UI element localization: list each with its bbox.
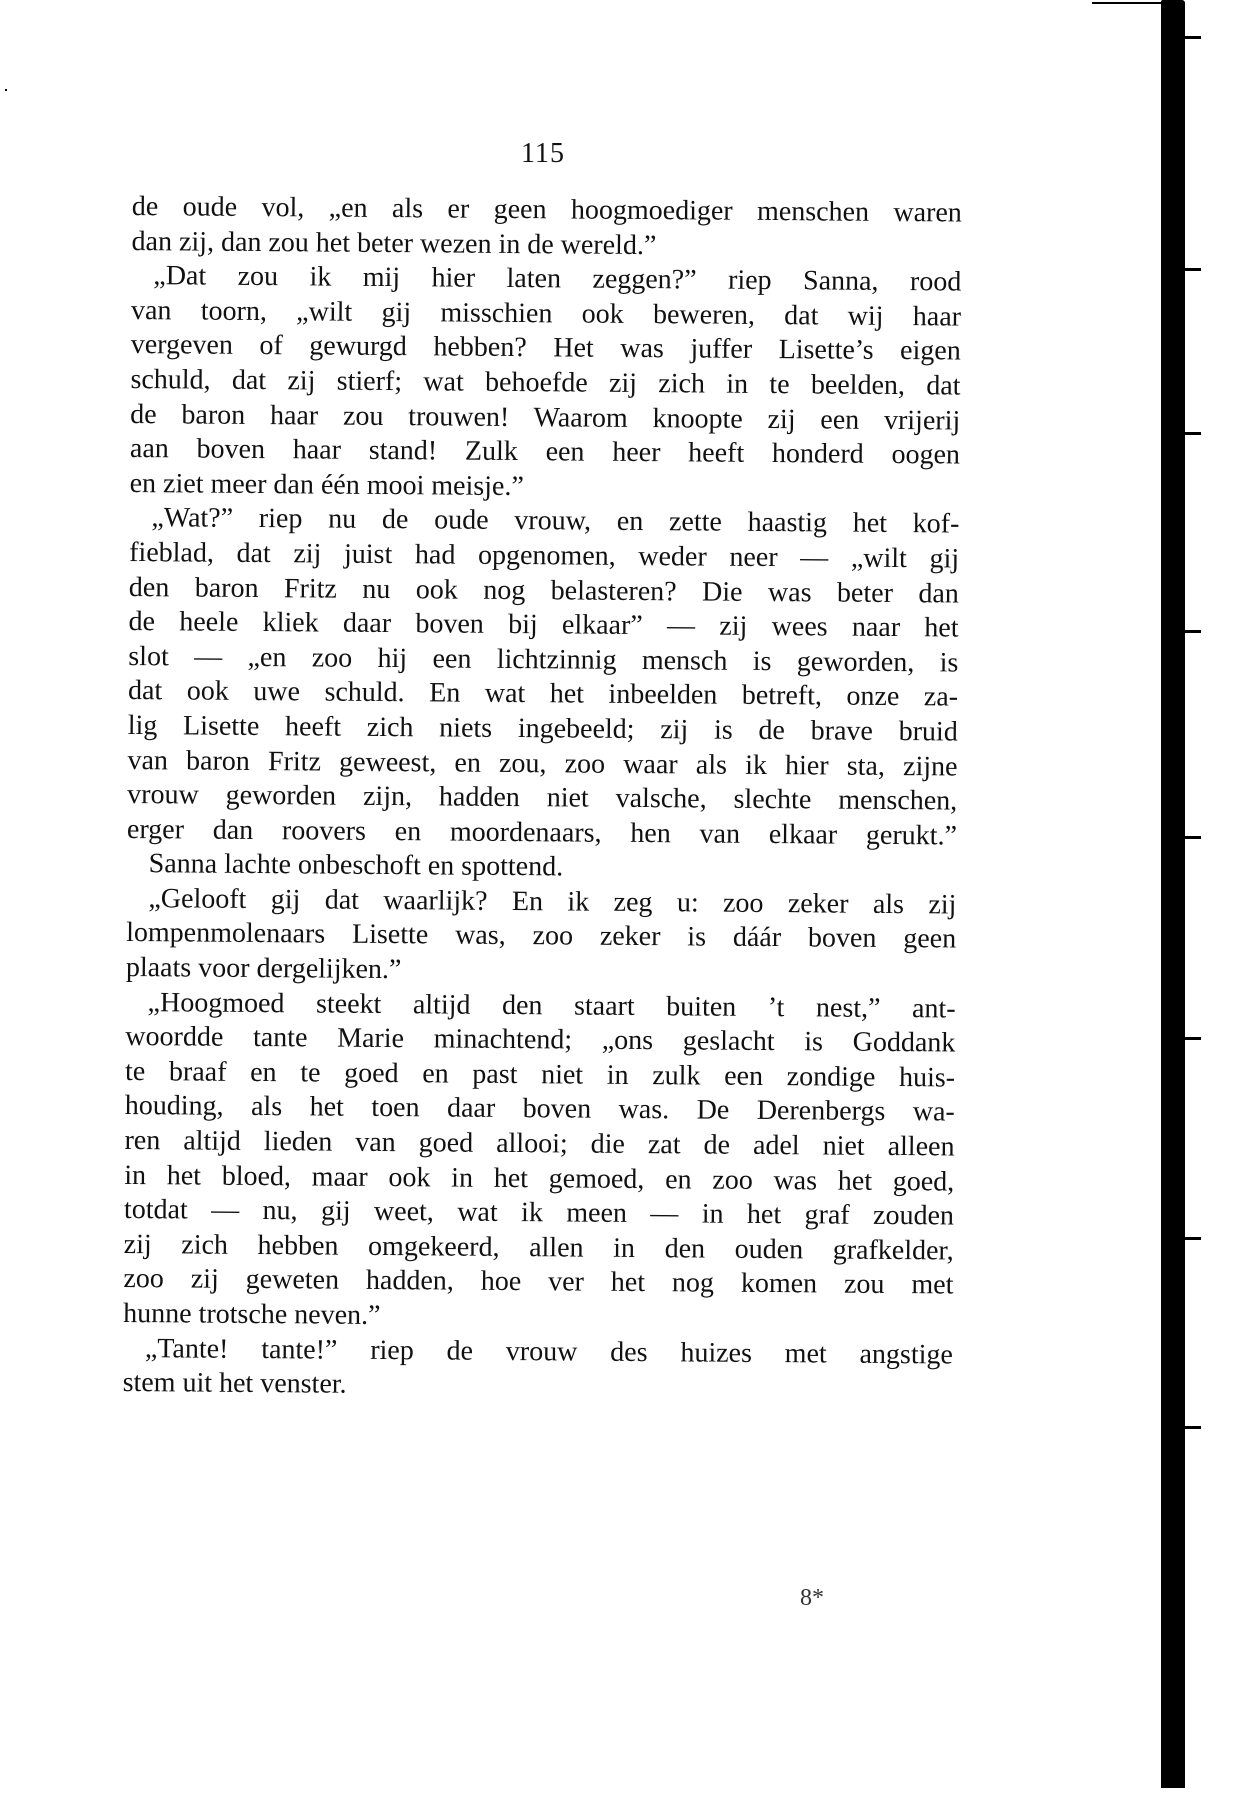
scan-tick-mark <box>1185 630 1201 633</box>
text-line: schuld, dat zij stierf; wat behoefde zij… <box>130 363 960 404</box>
text-line: stem uit het venster. <box>122 1366 952 1407</box>
scan-tick-mark <box>1185 268 1201 271</box>
signature-mark: 8* <box>800 1585 824 1612</box>
body-text: de oude vol, „en als er geen hoogmoedige… <box>122 190 961 1407</box>
scan-tick-mark <box>1185 1426 1201 1429</box>
page-number: 115 <box>521 140 565 168</box>
scan-speck <box>5 89 7 91</box>
scan-tick-mark <box>1185 1237 1201 1240</box>
scan-edge-bar <box>1161 0 1185 1788</box>
scan-tick-mark <box>1185 36 1201 39</box>
scanned-book-page: 115 de oude vol, „en als er geen hoogmoe… <box>0 0 1239 1808</box>
text-line: hunne trotsche neven.” <box>123 1297 953 1338</box>
text-line: de oude vol, „en als er geen hoogmoedige… <box>132 190 962 231</box>
scan-tick-mark <box>1185 432 1201 435</box>
text-line: fieblad, dat zij juist had opgenomen, we… <box>129 536 959 577</box>
text-line: lig Lisette heeft zich niets ingebeeld; … <box>128 709 958 750</box>
scan-tick-mark <box>1185 836 1201 839</box>
scan-tick-mark <box>1185 1037 1201 1040</box>
